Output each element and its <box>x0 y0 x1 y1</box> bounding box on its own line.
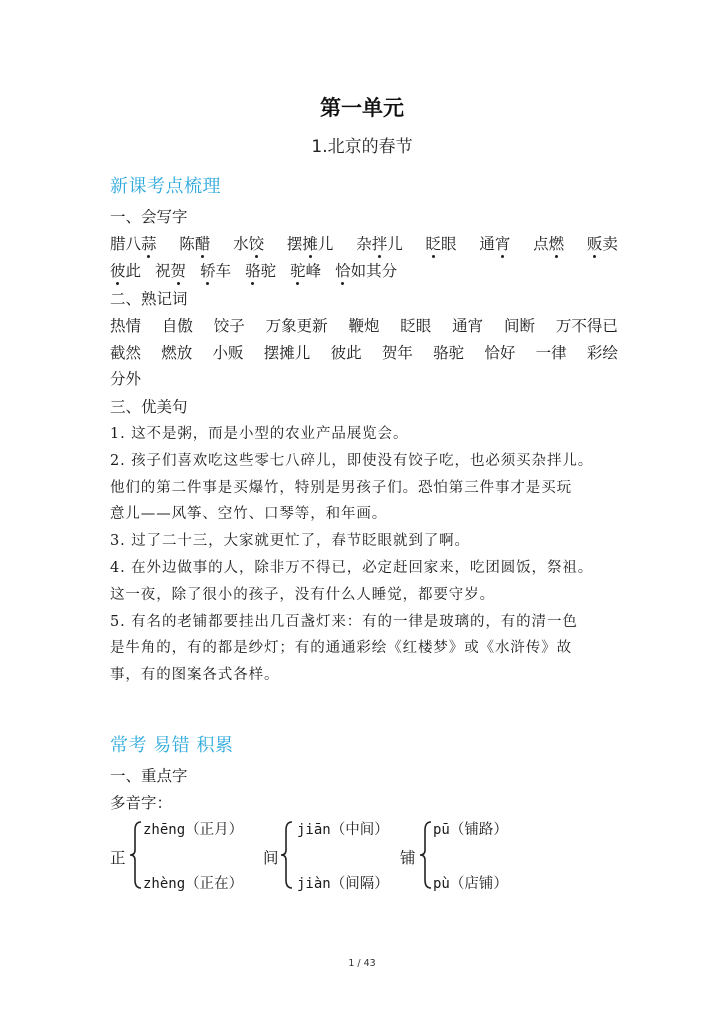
word: 小贩 <box>213 343 244 363</box>
brace-icon <box>419 820 433 890</box>
word: 彩绘 <box>587 343 618 363</box>
emphasized-char: 摊 <box>302 234 318 254</box>
word: 祝贺 <box>155 261 186 281</box>
word: 轿车 <box>200 261 231 281</box>
sentence-line: 2. 孩子们喜欢吃这些零七八碎儿，即使没有饺子吃，也必须买杂拌儿。 <box>110 451 620 471</box>
word: 万不得已 <box>556 316 618 336</box>
lesson-title: 1.北京的春节 <box>0 132 724 157</box>
part-label-write-chars: 一、会写字 <box>110 207 620 227</box>
document-page: 第一单元 1.北京的春节 新课考点梳理 一、会写字 腊八蒜陈醋水饺摆摊儿杂拌儿眨… <box>0 0 724 1024</box>
word: 杂拌儿 <box>356 234 403 254</box>
section-heading-review: 新课考点梳理 <box>110 172 221 198</box>
word: 眨眼 <box>400 316 431 336</box>
word: 驼峰 <box>290 261 321 281</box>
word: 骆驼 <box>245 261 276 281</box>
sentence-line: 意儿——风筝、空竹、口琴等，和年画。 <box>110 504 620 524</box>
sentence-line: 5. 有名的老铺都要挂出几百盏灯来：有的一律是玻璃的，有的清一色 <box>110 612 620 632</box>
emphasized-char: 轿 <box>200 261 216 281</box>
word: 通宵 <box>452 316 483 336</box>
emphasized-char: 彼 <box>110 261 126 281</box>
word: 截然 <box>110 343 141 363</box>
write-chars-row-2: 彼此祝贺轿车骆驼驼峰恰如其分 <box>110 261 620 281</box>
polyphone-reading-bottom: zhèng（正在） <box>143 872 243 893</box>
word: 陈醋 <box>179 234 210 254</box>
word: 万象更新 <box>266 316 328 336</box>
memorize-words-row-1: 热情自傲饺子万象更新鞭炮眨眼通宵间断万不得已 <box>110 316 620 336</box>
sentence-line: 3. 过了二十三，大家就更忙了，春节眨眼就到了啊。 <box>110 531 620 551</box>
word: 贩卖 <box>587 234 618 254</box>
sentence-line: 他们的第二件事是买爆竹，特别是男孩子们。恐怕第三件事才是买玩 <box>110 478 620 498</box>
word: 骆驼 <box>433 343 464 363</box>
section-heading-common-errors: 常考 易错 积累 <box>110 731 233 757</box>
sentence-line: 4. 在外边做事的人，除非万不得已，必定赶回家来，吃团圆饭，祭祖。 <box>110 558 620 578</box>
write-chars-row-1: 腊八蒜陈醋水饺摆摊儿杂拌儿眨眼通宵点燃贩卖 <box>110 234 620 254</box>
polyphone-reading-bottom: jiàn（间隔） <box>297 872 389 893</box>
memorize-words-row-3: 分外 <box>110 369 620 389</box>
part-label-memorize-words: 二、熟记词 <box>110 289 620 309</box>
word: 水饺 <box>233 234 264 254</box>
emphasized-char: 驼 <box>290 261 306 281</box>
word: 燃放 <box>161 343 192 363</box>
word: 鞭炮 <box>348 316 379 336</box>
memorize-words-row-2: 截然燃放小贩摆摊儿彼此贺年骆驼恰好一律彩绘 <box>110 343 620 363</box>
polyphone-char: 间 <box>263 846 279 868</box>
word: 通宵 <box>479 234 510 254</box>
word: 摆摊儿 <box>287 234 334 254</box>
word: 间断 <box>504 316 535 336</box>
emphasized-char: 眨 <box>426 234 442 254</box>
emphasized-char: 燃 <box>549 234 565 254</box>
emphasized-char: 贩 <box>587 234 603 254</box>
polyphone-char: 正 <box>110 846 126 868</box>
polyphone-reading-top: zhēng（正月） <box>143 818 243 839</box>
emphasized-char: 饺 <box>249 234 265 254</box>
polyphone-reading-bottom: pù（店铺） <box>433 872 508 893</box>
sentence-line: 是牛角的，有的都是纱灯；有的通通彩绘《红楼梦》或《水浒传》故 <box>110 638 620 658</box>
polyphone-char: 铺 <box>400 846 416 868</box>
unit-title: 第一单元 <box>0 92 724 122</box>
word: 彼此 <box>110 261 141 281</box>
emphasized-char: 醋 <box>195 234 211 254</box>
page-number: 1 / 43 <box>0 958 724 969</box>
word: 恰好 <box>484 343 515 363</box>
emphasized-char: 骆 <box>245 261 261 281</box>
word: 饺子 <box>214 316 245 336</box>
brace-icon <box>129 820 143 890</box>
emphasized-char: 贺 <box>171 261 187 281</box>
word: 一律 <box>536 343 567 363</box>
word: 贺年 <box>382 343 413 363</box>
word: 热情 <box>110 316 141 336</box>
polyphone-reading-top: pū（铺路） <box>433 818 508 839</box>
polyphone-label: 多音字： <box>110 793 620 813</box>
part-label-sentences: 三、优美句 <box>110 397 620 417</box>
sentence-line: 这一夜，除了很小的孩子，没有什么人睡觉，都要守岁。 <box>110 585 620 605</box>
word: 恰如其分 <box>335 261 397 281</box>
polyphone-reading-top: jiān（中间） <box>297 818 389 839</box>
emphasized-char: 拌 <box>372 234 388 254</box>
word: 彼此 <box>331 343 362 363</box>
sentence-line: 1. 这不是粥，而是小型的农业产品展览会。 <box>110 424 620 444</box>
word: 摆摊儿 <box>264 343 311 363</box>
word: 腊八蒜 <box>110 234 157 254</box>
sentence-line: 事，有的图案各式各样。 <box>110 665 620 685</box>
word: 点燃 <box>533 234 564 254</box>
part-label-key-chars: 一、重点字 <box>110 766 620 786</box>
emphasized-char: 宵 <box>495 234 511 254</box>
word: 自傲 <box>162 316 193 336</box>
emphasized-char: 恰 <box>335 261 351 281</box>
brace-icon <box>280 820 294 890</box>
word: 眨眼 <box>426 234 457 254</box>
emphasized-char: 蒜 <box>141 234 157 254</box>
